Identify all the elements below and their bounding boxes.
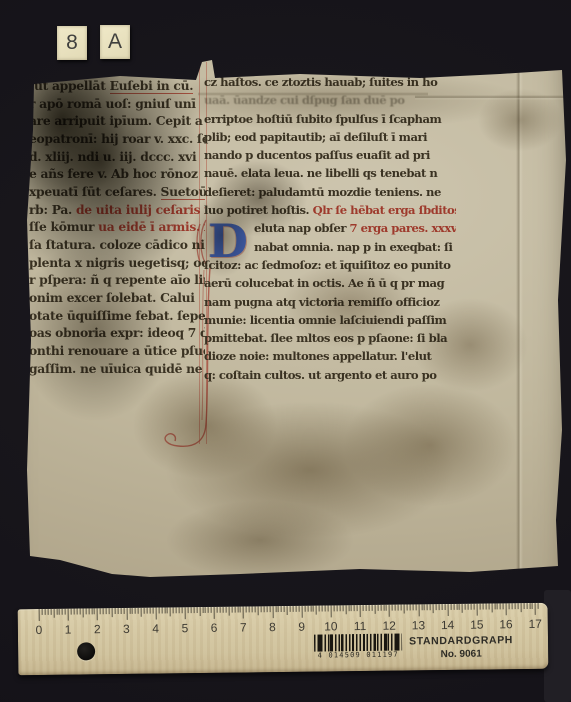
ruler-tick: [252, 606, 253, 612]
ruler-tick: [316, 606, 317, 615]
ruler-tick: [173, 607, 174, 613]
ink-text: nam pugna atq victoria remiſſo officioz: [204, 295, 440, 309]
ruler-tick: [228, 607, 229, 616]
ruler-tick: [117, 608, 118, 614]
ruler-tick: [538, 603, 539, 609]
ruler-tick: [509, 603, 510, 609]
manuscript-line: ſſe kōmur ua eidē ī armis. xxviij: [29, 218, 205, 236]
ruler-tick: [42, 609, 43, 615]
ruler-number: 4: [146, 621, 166, 635]
rubric-text: de uita iulij ceſaris xpi: [76, 202, 205, 217]
ink-text: otate ūquiſſime febat. ſepe: [29, 308, 205, 323]
manuscript-line: dioze noie: multones appellatur. l'elut: [204, 347, 456, 365]
ruler-tick: [520, 603, 521, 612]
ruler-tick: [59, 609, 60, 615]
ruler-tick: [261, 606, 262, 612]
ruler-tick: [322, 606, 323, 612]
ruler-number: 12: [379, 619, 399, 633]
ruler-tick: [208, 607, 209, 613]
ruler-number: 6: [204, 621, 224, 635]
ruler-tick: [526, 603, 527, 609]
ruler-tick: [319, 606, 320, 612]
ruler-tick: [39, 609, 40, 621]
ruler-tick: [456, 604, 457, 610]
ruler-tick: [406, 604, 407, 610]
ink-text: munie: licentia omnie laſciuiendi paſſim: [204, 313, 446, 327]
parchment-fragment: ſūt appellāt Euſebi in cū.r apō romā uoſ…: [0, 0, 571, 702]
ruler-tick: [500, 603, 501, 609]
ruler-tick: [523, 603, 524, 609]
manuscript-line: deſieret: paludamtū mozdie teniens. ne: [204, 183, 456, 201]
photo-stage: 8 A ſūt appellāt Euſebi in cū.r apō romā…: [0, 0, 571, 702]
ruler-tick: [333, 605, 334, 611]
manuscript-line: otate ūquiſſime febat. ſepe: [29, 307, 205, 325]
ruler-model: No. 9061: [406, 648, 516, 660]
ruler-tick: [450, 604, 451, 610]
manuscript-line: nauē. elata leua. ne libelli qs tenebat …: [204, 164, 456, 182]
ruler-tick: [170, 607, 171, 616]
ruler-tick: [395, 605, 396, 611]
manuscript-line: uaā. ūandze cui dſpug ſan duē po: [204, 91, 456, 109]
ruler-tick: [237, 607, 238, 613]
ruler-tick: [158, 608, 159, 614]
manuscript-line: erriptoe hoſtiū ſubito ſpulſus ī ſcapham: [204, 110, 456, 128]
ink-text: eluta nap obſer: [254, 221, 350, 235]
ruler-tick: [263, 606, 264, 612]
ruler-tick: [161, 607, 162, 613]
ruler-tick: [284, 606, 285, 612]
ruler-tick: [301, 606, 302, 618]
illuminated-initial: D: [208, 214, 248, 268]
ruler-tick: [62, 609, 63, 615]
manuscript-line: are arripuit ipīum. Cepit a: [29, 112, 205, 130]
ink-text: dioze noie: multones appellatur. l'elut: [204, 349, 431, 363]
ruler-tick: [515, 603, 516, 609]
ruler-tick: [53, 609, 54, 618]
ruler-tick: [44, 609, 45, 615]
ruler-tick: [517, 603, 518, 609]
ruler-tick: [129, 608, 130, 614]
ruler-tick: [436, 604, 437, 610]
ruler-hole: [77, 642, 95, 660]
manuscript-line: ſa ſtatura. coloze cādico nibs: [29, 236, 205, 254]
ruler-tick: [249, 606, 250, 612]
ruler-tick: [193, 607, 194, 613]
ruler-tick: [290, 606, 291, 612]
ruler-tick: [56, 609, 57, 615]
vertical-fold-crease: [516, 64, 523, 572]
manuscript-line: onim excer ſolebat. Calui: [29, 289, 205, 307]
ruler-tick: [360, 605, 361, 617]
ink-text: r pſpera: ñ q repente aīo lin: [29, 272, 205, 287]
manuscript-line: xpeuatī ſūt ceſares. Suetoū: [29, 183, 205, 201]
ruler-tick: [307, 606, 308, 612]
ruler-tick: [225, 607, 226, 613]
ruler-tick: [447, 604, 448, 616]
ink-text: q: coſtain cultos. ut argento et auro po: [204, 368, 436, 382]
ruler-number: 11: [350, 619, 370, 633]
ruler-tick: [506, 603, 507, 615]
ink-text: r apō romā uoſ: gniuſ unī: [29, 96, 196, 111]
ruler-tick: [217, 607, 218, 613]
ruler-tick: [167, 607, 168, 613]
ruler-tick: [287, 606, 288, 615]
ink-text: ſūt appellāt: [29, 78, 110, 93]
ruler-number: 3: [116, 622, 136, 636]
rubric-text: Qlr ſe hēbat erga ſbditos: [313, 203, 456, 217]
ink-text: xpeuatī ſūt ceſares.: [29, 184, 161, 199]
ruler-tick: [79, 608, 80, 614]
ink-text: aerū colucebat in octis. Ae ñ ū q pr mag: [204, 276, 444, 290]
ruler-tick: [77, 609, 78, 615]
ruler-tick: [336, 605, 337, 611]
ruler-tick: [269, 606, 270, 612]
ruler-tick: [512, 603, 513, 609]
rubric-text: ua eidē ī armis. xxviij: [98, 219, 205, 234]
ruler-tick: [190, 607, 191, 613]
ruler-tick: [150, 608, 151, 614]
ruler-tick: [415, 604, 416, 610]
ruler-number: 17: [525, 617, 545, 631]
ruler-number: 15: [467, 618, 487, 632]
manuscript-line: aerū colucebat in octis. Ae ñ ū q pr mag: [204, 274, 456, 292]
manuscript-line: e añs fere v. Ab hoc rōnoz: [29, 165, 205, 183]
ruler-tick: [363, 605, 364, 611]
ruler-number: 13: [408, 618, 428, 632]
ruler-number: 8: [262, 620, 282, 634]
ruler-tick: [529, 603, 530, 609]
ruler-tick: [138, 608, 139, 614]
ruler-tick: [100, 608, 101, 614]
ruler-tick: [68, 609, 69, 621]
ruler-tick: [126, 608, 127, 620]
manuscript-line: r pſpera: ñ q repente aīo lin: [29, 271, 205, 289]
barcode: 4 014509 011197: [314, 634, 402, 663]
ruler-tick: [374, 605, 375, 614]
ruler-tick: [409, 604, 410, 610]
ruler-tick: [281, 606, 282, 612]
ruler-tick: [535, 603, 536, 615]
ink-text: uaā. ūandze cui dſpug ſan duē po: [204, 93, 404, 107]
ruler-tick: [152, 608, 153, 614]
manuscript-line: q: coſtain cultos. ut argento et auro po: [204, 366, 456, 384]
barcode-bars: [314, 634, 402, 652]
ruler-brand: STANDARDGRAPH: [406, 634, 516, 647]
manuscript-line: plenta x nigris uegetisq; ocu: [29, 254, 205, 272]
ruler-tick: [188, 607, 189, 613]
ruler-tick: [439, 604, 440, 610]
ruler-tick: [202, 607, 203, 613]
ruler-tick: [418, 604, 419, 616]
ruler-number: 2: [87, 622, 107, 636]
ruler-number: 1: [58, 623, 78, 637]
ruler-tick: [471, 604, 472, 610]
ruler-number: 10: [321, 619, 341, 633]
ruler-tick: [325, 605, 326, 611]
ruler-tick: [491, 603, 492, 612]
shelfmark-tile-a: A: [100, 25, 130, 59]
ruler-tick: [293, 606, 294, 612]
manuscript-line: rb: Pa. de uita iulij ceſaris xpi: [29, 201, 205, 219]
ruler-tick: [412, 604, 413, 610]
ruler-tick: [196, 607, 197, 613]
ruler-tick: [88, 608, 89, 614]
ruler-tick: [135, 608, 136, 614]
ruler-tick: [479, 604, 480, 610]
ruler-tick: [74, 609, 75, 615]
ruler-tick: [155, 608, 156, 620]
ruler-number: 9: [292, 620, 312, 634]
ruler-tick: [310, 606, 311, 612]
ink-text: erriptoe hoſtiū ſubito ſpulſus ī ſcapham: [204, 112, 441, 126]
ink-text: pmittebat. ſlee mltos eos p pſaone: ſi b…: [204, 331, 447, 345]
ruler-number: 0: [29, 623, 49, 637]
manuscript-line: oas obnoria expr: ideoq 7 de: [29, 324, 205, 342]
rubric-text: 7 erga pares. xxxv.: [350, 221, 456, 235]
ruler-tick: [144, 608, 145, 614]
ruler-tick: [234, 607, 235, 613]
ruler-tick: [386, 605, 387, 611]
ruler-tick: [199, 607, 200, 616]
ruler-tick: [462, 604, 463, 613]
manuscript-line: nando p ducentos paſſus euaſit ad pri: [204, 146, 456, 164]
ruler-tick: [377, 605, 378, 611]
ruler-tick: [106, 608, 107, 614]
ruler-tick: [430, 604, 431, 610]
ruler-tick: [351, 605, 352, 611]
ruler-tick: [328, 605, 329, 611]
ruler-tick: [220, 607, 221, 613]
ruler-tick: [485, 604, 486, 610]
manuscript-line: gaſſim. ne uīuica quidē ne: [29, 360, 205, 378]
ruler-tick: [211, 607, 212, 613]
wooden-ruler: 01234567891011121314151617 4 014509 0111…: [18, 603, 549, 675]
ruler-tick: [477, 604, 478, 616]
manuscript-line: onthi renouare a ūtice pſue: [29, 342, 205, 360]
ruler-tick: [266, 606, 267, 612]
ruler-tick: [278, 606, 279, 612]
ruler-tick: [421, 604, 422, 610]
ruler-tick: [331, 605, 332, 617]
ink-text: e añs fere v. Ab hoc rōnoz: [29, 166, 198, 181]
ink-text: nauē. elata leua. ne libelli qs tenebat …: [204, 166, 437, 180]
ruler-tick: [366, 605, 367, 611]
ruler-tick: [141, 608, 142, 617]
ruler-tick: [185, 607, 186, 619]
ruler-tick: [345, 605, 346, 614]
ruler-tick: [424, 604, 425, 610]
ink-text: ſſe kōmur: [29, 219, 98, 234]
ruler-tick: [112, 608, 113, 617]
ruler-tick: [50, 609, 51, 615]
ruler-tick: [465, 604, 466, 610]
ink-text: Suetoū: [161, 184, 205, 200]
ink-text: gaſſim. ne uīuica quidē ne: [29, 361, 202, 376]
ruler-tick: [503, 603, 504, 609]
ruler-number: 7: [233, 620, 253, 634]
ruler-tick: [404, 605, 405, 614]
ruler-tick: [482, 604, 483, 610]
ruler-number: 14: [438, 618, 458, 632]
ruler-tick: [354, 605, 355, 611]
manuscript-left-column: ſūt appellāt Euſebi in cū.r apō romā uoſ…: [29, 77, 205, 377]
ruler-tick: [109, 608, 110, 614]
manuscript-line: ſūt appellāt Euſebi in cū.: [29, 77, 205, 95]
ruler-tick: [120, 608, 121, 614]
ruler-tick: [453, 604, 454, 610]
ruler-tick: [342, 605, 343, 611]
ink-text: are arripuit ipīum. Cepit a: [29, 113, 202, 128]
ruler-tick: [47, 609, 48, 615]
ruler-tick: [532, 603, 533, 609]
manuscript-line: d. xliij. ndi u. iij. dccc. xvi: [29, 148, 205, 166]
ruler-tick: [474, 604, 475, 610]
ruler-tick: [442, 604, 443, 610]
manuscript-line: eopatronī: hij roar v. xxc. ſe: [29, 130, 205, 148]
ink-text: rb: Pa.: [29, 202, 76, 217]
ruler-tick: [258, 606, 259, 615]
ink-text: plenta x nigris uegetisq; ocu: [29, 255, 205, 270]
shelfmark-tile-8-text: 8: [66, 31, 78, 55]
ruler-tick: [147, 608, 148, 614]
manuscript-line: cz haſtos. ce ztoztis hauab; ſuites in h…: [204, 73, 456, 91]
shelfmark-tile-8: 8: [57, 26, 87, 60]
ink-text: nabat omnia. nap p in exeqbat: ſi de: [254, 240, 456, 254]
manuscript-line: pmittebat. ſlee mltos eos p pſaone: ſi b…: [204, 329, 456, 347]
ink-text: d. xliij. ndi u. iij. dccc. xvi: [29, 149, 196, 164]
ruler-tick: [383, 605, 384, 611]
ruler-tick: [339, 605, 340, 611]
ruler-tick: [182, 607, 183, 613]
ruler-tick: [392, 605, 393, 611]
ink-text: Euſebi in cū.: [110, 78, 194, 94]
ruler-tick: [296, 606, 297, 612]
ruler-tick: [427, 604, 428, 610]
ruler-tick: [243, 606, 244, 618]
ruler-tick: [433, 604, 434, 613]
ruler-tick: [115, 608, 116, 614]
ruler-tick: [214, 607, 215, 619]
ruler-tick: [97, 608, 98, 620]
ink-text: oas obnoria expr: ideoq 7 de: [29, 325, 205, 340]
ruler-tick: [272, 606, 273, 618]
manuscript-line: nam pugna atq victoria remiſſo officioz: [204, 293, 456, 311]
ruler-tick: [240, 607, 241, 613]
ruler-tick: [380, 605, 381, 611]
manuscript-line: r apō romā uoſ: gniuſ unī: [29, 95, 205, 113]
ruler-tick: [313, 606, 314, 612]
shelfmark-tile-a-text: A: [108, 30, 122, 54]
ruler-tick: [497, 603, 498, 609]
ruler-tick: [275, 606, 276, 612]
ink-text: onim excer ſolebat. Calui: [29, 290, 195, 305]
ruler-tick: [398, 605, 399, 611]
ruler-tick: [488, 603, 489, 609]
ruler-tick: [468, 604, 469, 610]
ruler-tick: [164, 607, 165, 613]
barcode-digits: 4 014509 011197: [310, 650, 406, 659]
ruler-tick: [357, 605, 358, 611]
ruler-number: 16: [496, 617, 516, 631]
ruler-tick: [298, 606, 299, 612]
ruler-tick: [94, 608, 95, 614]
ruler-tick: [205, 607, 206, 613]
ruler-tick: [371, 605, 372, 611]
ruler-tick: [369, 605, 370, 611]
ink-text: cz haſtos. ce ztoztis hauab; ſuites in h…: [204, 75, 437, 89]
ruler-tick: [444, 604, 445, 610]
ruler-tick: [132, 608, 133, 614]
ruler-tick: [459, 604, 460, 610]
ruler-tick: [82, 608, 83, 617]
ink-text: ſa ſtatura. coloze cādico nibs: [29, 237, 205, 252]
ruler-tick: [255, 606, 256, 612]
ink-text: nando p ducentos paſſus euaſit ad pri: [204, 148, 430, 162]
ink-text: plib; eod papitautib; aī deſiluſt ī mari: [204, 130, 427, 144]
ruler-tick: [304, 606, 305, 612]
ruler-tick: [179, 607, 180, 613]
ruler-tick: [401, 605, 402, 611]
ruler-tick: [389, 605, 390, 617]
ruler-tick: [103, 608, 104, 614]
manuscript-line: munie: licentia omnie laſciuiendi paſſim: [204, 311, 456, 329]
manuscript-line: plib; eod papitautib; aī deſiluſt ī mari: [204, 128, 456, 146]
ruler-number: 5: [175, 621, 195, 635]
ruler-tick: [71, 609, 72, 615]
ink-text: onthi renouare a ūtice pſue: [29, 343, 205, 358]
ruler-tick: [91, 608, 92, 614]
ruler-tick: [223, 607, 224, 613]
ruler-tick: [231, 607, 232, 613]
ruler-tick: [85, 608, 86, 614]
ruler-tick: [176, 607, 177, 613]
ink-text: eopatronī: hij roar v. xxc. ſe: [29, 131, 205, 146]
ruler-tick: [494, 603, 495, 609]
ruler-tick: [65, 609, 66, 615]
ruler-tick: [246, 606, 247, 612]
ink-text: deſieret: paludamtū mozdie teniens. ne: [204, 185, 441, 199]
ruler-tick: [348, 605, 349, 611]
ruler-tick: [123, 608, 124, 614]
